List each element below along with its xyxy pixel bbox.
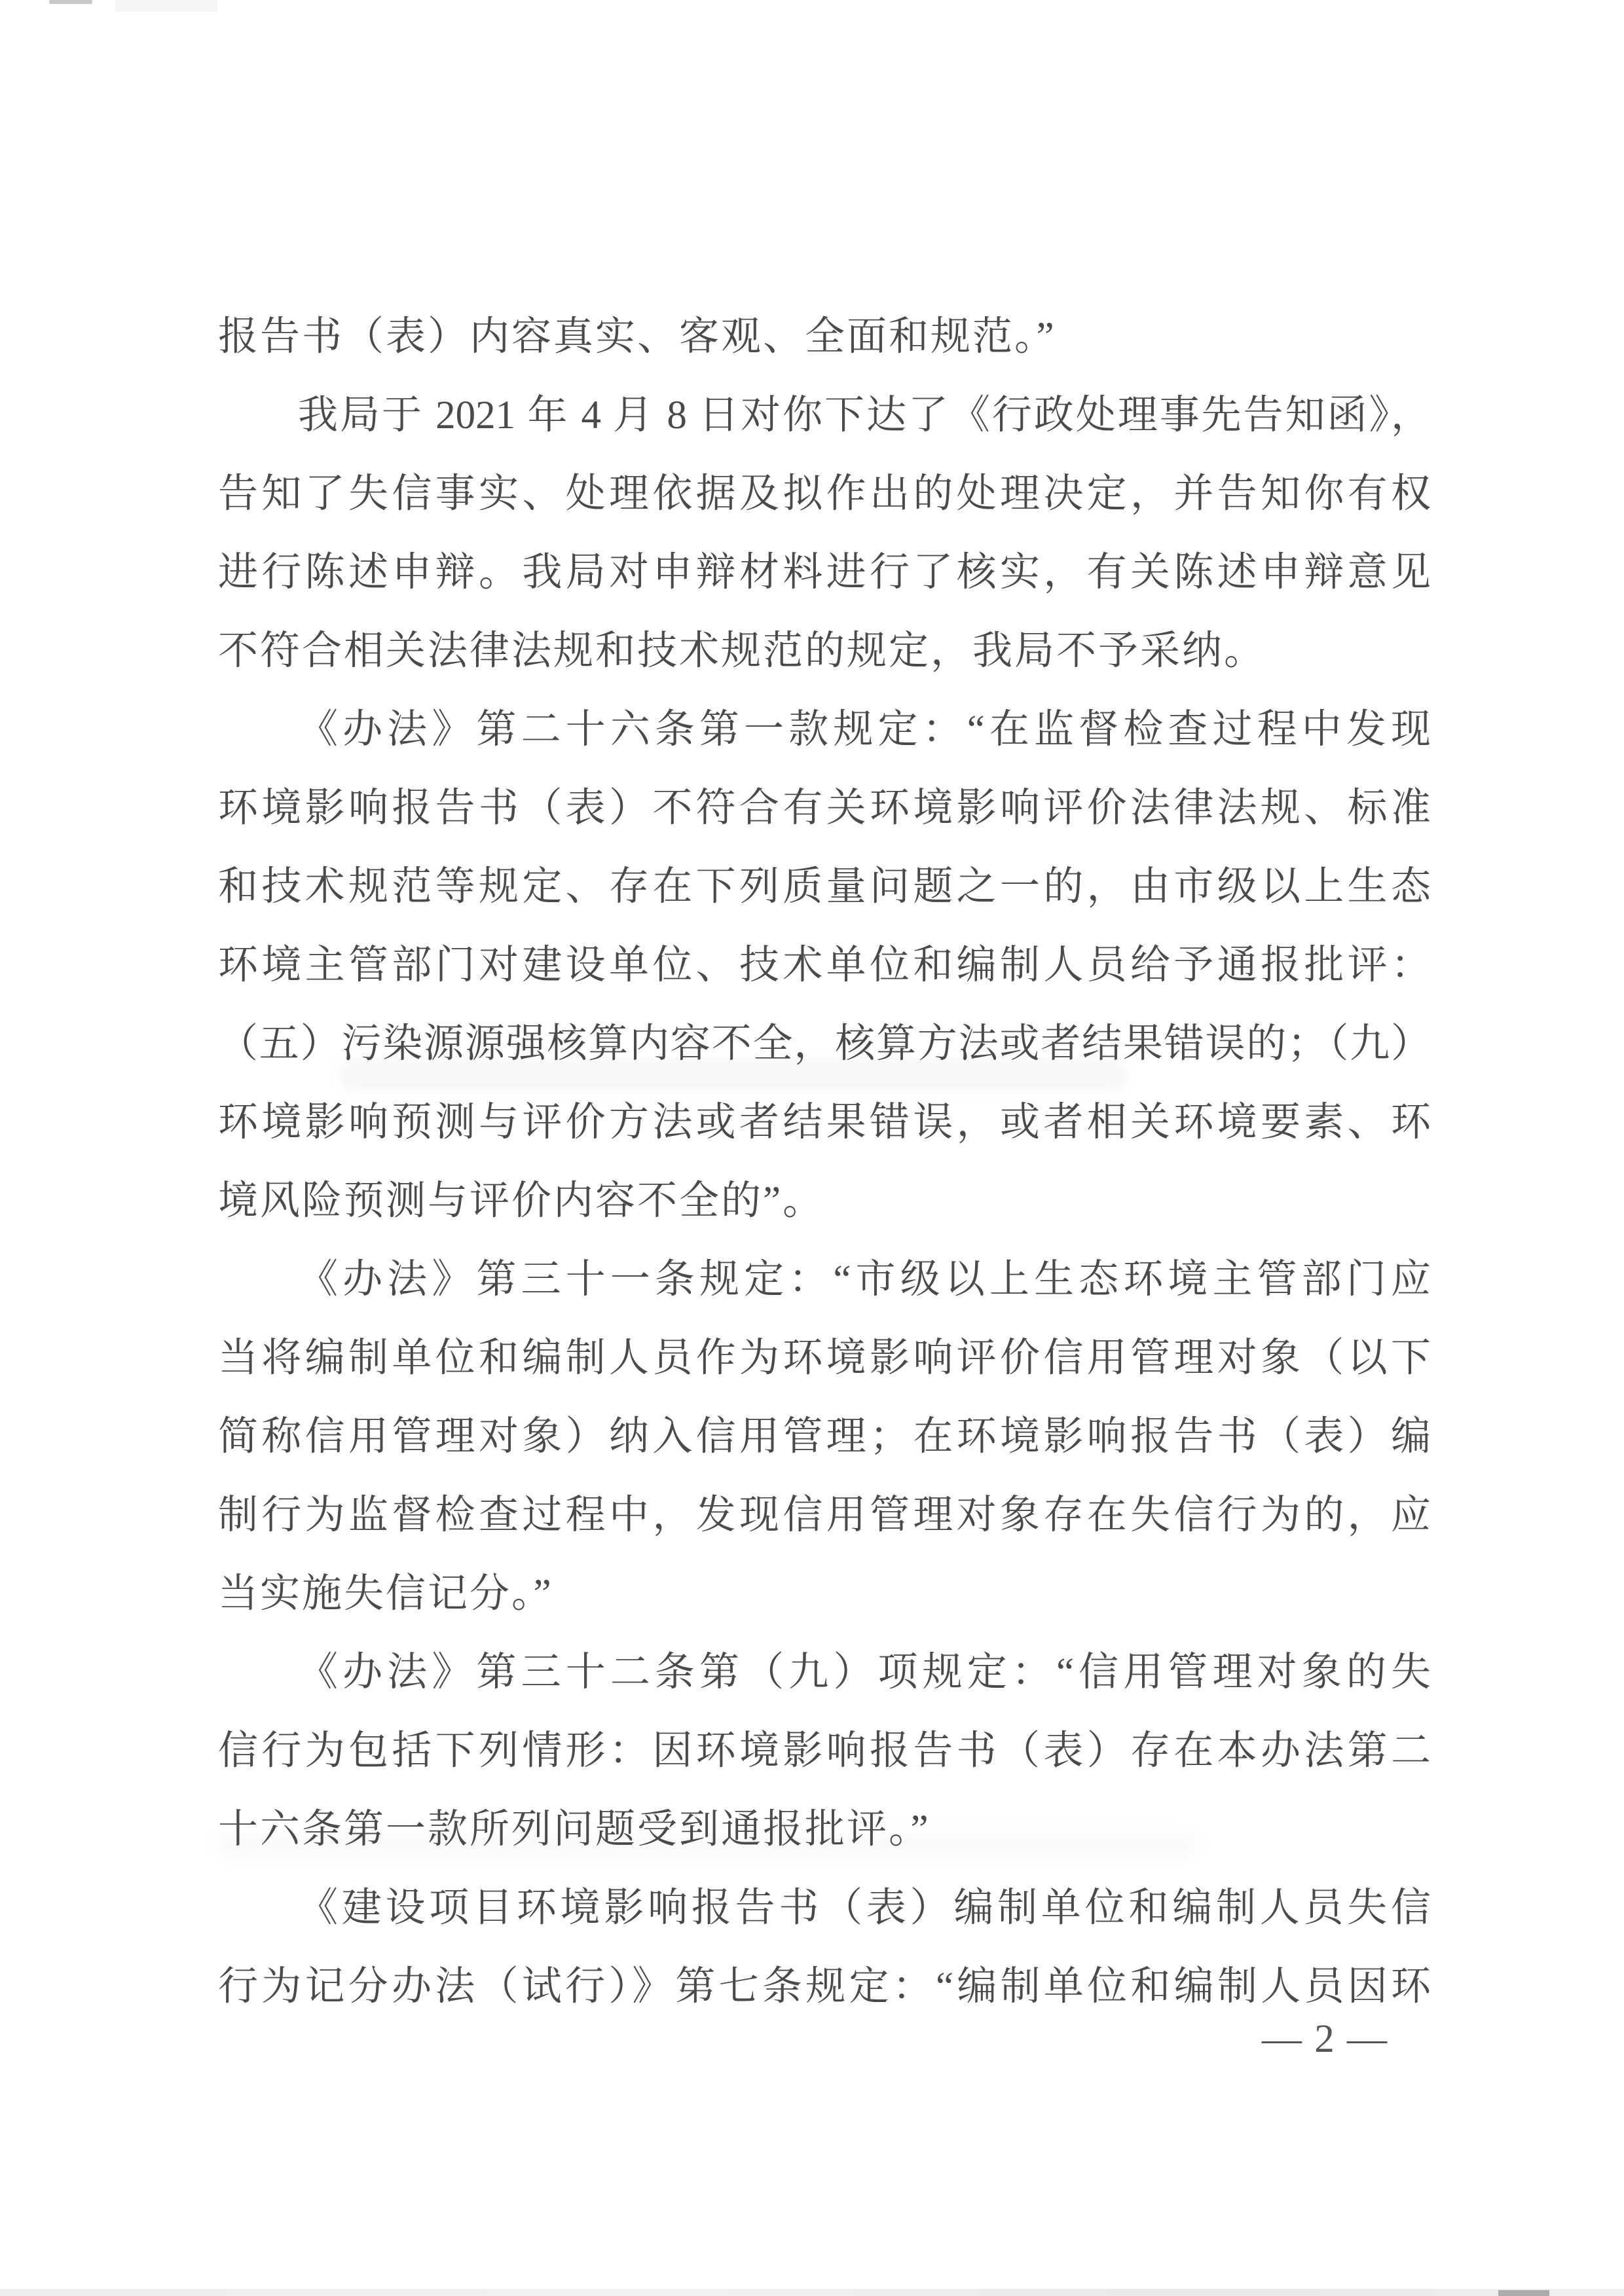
document-body: 报告书（表）内容真实、客观、全面和规范。” 我局于 2021 年 4 月 8 日… <box>218 298 1431 2026</box>
text-line: 行为记分办法（试行）》第七条规定：“编制单位和编制人员因环 <box>218 1948 1431 2026</box>
text-line: 当将编制单位和编制人员作为环境影响评价信用管理对象（以下 <box>218 1319 1431 1398</box>
text-line: 我局于 2021 年 4 月 8 日对你下达了《行政处理事先告知函》， <box>218 376 1431 455</box>
text-line: 《建设项目环境影响报告书（表）编制单位和编制人员失信 <box>218 1869 1431 1948</box>
scan-bottom-edge <box>0 2289 1624 2296</box>
scan-smudge-top-band <box>115 0 217 12</box>
text-line: 信行为包括下列情形：因环境影响报告书（表）存在本办法第二 <box>218 1712 1431 1791</box>
text-line: （五）污染源源强核算内容不全，核算方法或者结果错误的；（九） <box>218 1005 1431 1084</box>
page-number: — 2 — <box>1262 2016 1388 2062</box>
text-line: 当实施失信记分。” <box>218 1555 1431 1633</box>
text-line: 环境影响报告书（表）不符合有关环境影响评价法律法规、标准 <box>218 769 1431 848</box>
text-line: 境风险预测与评价内容不全的”。 <box>218 1162 1431 1241</box>
text-line: 不符合相关法律法规和技术规范的规定，我局不予采纳。 <box>218 612 1431 691</box>
text-line: 十六条第一款所列问题受到通报批评。” <box>218 1791 1431 1869</box>
scan-smudge-top-left <box>49 0 92 4</box>
scan-bottom-edge-mark <box>1498 2290 1549 2296</box>
text-line: 《办法》第二十六条第一款规定：“在监督检查过程中发现 <box>218 691 1431 769</box>
text-line: 环境主管部门对建设单位、技术单位和编制人员给予通报批评： <box>218 926 1431 1005</box>
text-line: 和技术规范等规定、存在下列质量问题之一的，由市级以上生态 <box>218 848 1431 926</box>
text-line: 《办法》第三十一条规定：“市级以上生态环境主管部门应 <box>218 1241 1431 1319</box>
text-line: 告知了失信事实、处理依据及拟作出的处理决定，并告知你有权 <box>218 455 1431 534</box>
document-page: 报告书（表）内容真实、客观、全面和规范。” 我局于 2021 年 4 月 8 日… <box>0 0 1624 2296</box>
text-line: 制行为监督检查过程中，发现信用管理对象存在失信行为的，应 <box>218 1476 1431 1555</box>
text-line: 报告书（表）内容真实、客观、全面和规范。” <box>218 298 1431 376</box>
text-line: 环境影响预测与评价方法或者结果错误，或者相关环境要素、环 <box>218 1084 1431 1162</box>
text-line: 简称信用管理对象）纳入信用管理；在环境影响报告书（表）编 <box>218 1398 1431 1476</box>
text-line: 《办法》第三十二条第（九）项规定：“信用管理对象的失 <box>218 1633 1431 1712</box>
text-line: 进行陈述申辩。我局对申辩材料进行了核实，有关陈述申辩意见 <box>218 534 1431 612</box>
